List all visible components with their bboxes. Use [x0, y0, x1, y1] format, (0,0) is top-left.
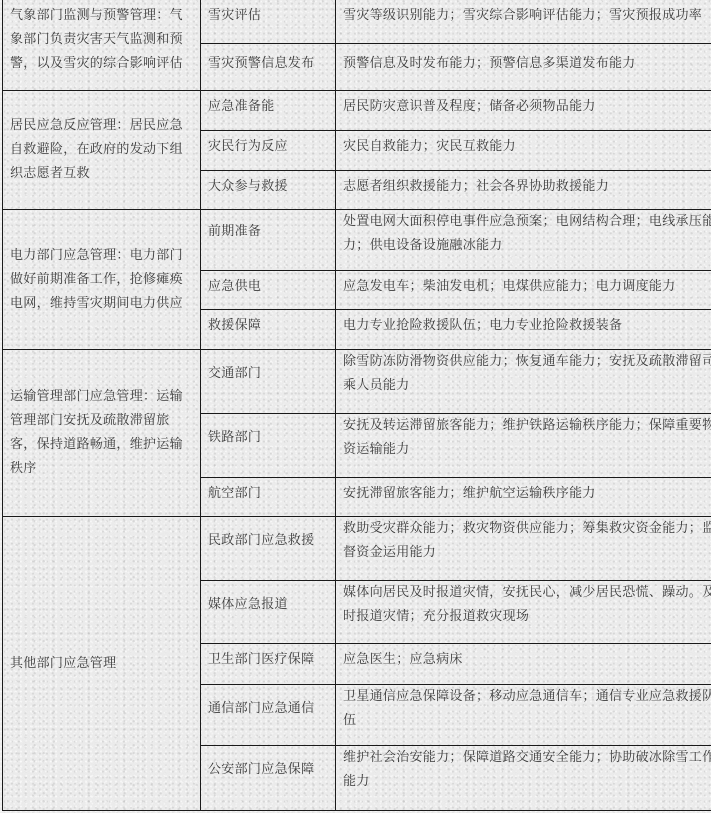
capability-text: 救助受灾群众能力；救灾物资供应能力；筹集救灾资金能力；监督资金运用能力 — [343, 517, 711, 565]
capability-text: 卫星通信应急保障设备；移动应急通信车；通信专业应急救援队伍 — [343, 685, 711, 733]
item-cell: 应急准备能 — [201, 91, 336, 131]
capability-text: 安抚及转运滞留旅客能力；维护铁路运输秩序能力；保障重要物资运输能力 — [343, 414, 711, 462]
capability-cell: 应急医生；应急病床 — [336, 644, 711, 685]
capability-text: 应急发电车；柴油发电机；电煤供应能力；电力调度能力 — [343, 275, 711, 299]
capability-cell: 电力专业抢险救援队伍；电力专业抢险救援装备 — [336, 310, 711, 350]
table-row: 运输管理部门应急管理：运输管理部门安抚及疏散滞留旅客，保持道路畅通，维护运输秩序… — [3, 350, 711, 414]
capability-text: 除雪防冻防滑物资供应能力；恢复通车能力；安抚及疏散滞留司乘人员能力 — [343, 350, 711, 398]
item-cell: 雪灾评估 — [201, 0, 336, 44]
item-text: 公安部门应急保障 — [208, 758, 327, 782]
item-cell: 铁路部门 — [201, 414, 336, 478]
item-cell: 民政部门应急救援 — [201, 517, 336, 581]
capability-text: 处置电网大面积停电事件应急预案；电网结构合理；电线承压能力；供电设备设施融冰能力 — [343, 210, 711, 258]
item-cell: 救援保障 — [201, 310, 336, 350]
item-cell: 媒体应急报道 — [201, 581, 336, 644]
item-text: 雪灾评估 — [208, 4, 327, 28]
category-text: 运输管理部门应急管理：运输管理部门安抚及疏散滞留旅客，保持道路畅通，维护运输秩序 — [10, 385, 190, 481]
item-cell: 前期准备 — [201, 210, 336, 271]
item-text: 航空部门 — [208, 482, 327, 506]
capability-text: 志愿者组织救援能力；社会各界协助救援能力 — [343, 175, 711, 199]
item-text: 救援保障 — [208, 314, 327, 338]
capability-text: 媒体向居民及时报道灾情，安抚民心，减少居民恐慌、躁动。及时报道灾情；充分报道救灾… — [343, 581, 711, 629]
item-cell: 卫生部门医疗保障 — [201, 644, 336, 685]
item-cell: 大众参与救援 — [201, 171, 336, 210]
capability-text: 应急医生；应急病床 — [343, 648, 711, 672]
item-text: 通信部门应急通信 — [208, 697, 327, 721]
table-row: 其他部门应急管理 民政部门应急救援 救助受灾群众能力；救灾物资供应能力；筹集救灾… — [3, 517, 711, 581]
capability-text: 维护社会治安能力；保障道路交通安全能力；协助破冰除雪工作能力 — [343, 746, 711, 794]
item-text: 前期准备 — [208, 220, 327, 244]
item-cell: 航空部门 — [201, 478, 336, 517]
category-text: 其他部门应急管理 — [10, 652, 190, 676]
capability-cell: 安抚滞留旅客能力；维护航空运输秩序能力 — [336, 478, 711, 517]
capability-cell: 居民防灾意识普及程度；储备必须物品能力 — [336, 91, 711, 131]
capability-cell: 应急发电车；柴油发电机；电煤供应能力；电力调度能力 — [336, 271, 711, 310]
item-text: 铁路部门 — [208, 426, 327, 450]
item-text: 灾民行为反应 — [208, 135, 327, 159]
category-text: 电力部门应急管理：电力部门做好前期准备工作，抢修瘫痪电网，维持雪灾期间电力供应 — [10, 244, 190, 316]
category-cell: 运输管理部门应急管理：运输管理部门安抚及疏散滞留旅客，保持道路畅通，维护运输秩序 — [3, 350, 201, 517]
category-text: 居民应急反应管理：居民应急自救避险，在政府的发动下组织志愿者互救 — [10, 114, 190, 186]
capability-cell: 除雪防冻防滑物资供应能力；恢复通车能力；安抚及疏散滞留司乘人员能力 — [336, 350, 711, 414]
category-cell: 气象部门监测与预警管理：气象部门负责灾害天气监测和预警，以及雪灾的综合影响评估 — [3, 0, 201, 91]
table-row: 居民应急反应管理：居民应急自救避险，在政府的发动下组织志愿者互救 应急准备能 居… — [3, 91, 711, 131]
category-cell: 电力部门应急管理：电力部门做好前期准备工作，抢修瘫痪电网，维持雪灾期间电力供应 — [3, 210, 201, 350]
capability-cell: 志愿者组织救援能力；社会各界协助救援能力 — [336, 171, 711, 210]
capability-cell: 预警信息及时发布能力；预警信息多渠道发布能力 — [336, 44, 711, 91]
item-cell: 交通部门 — [201, 350, 336, 414]
capability-text: 灾民自救能力；灾民互救能力 — [343, 135, 711, 159]
category-cell: 居民应急反应管理：居民应急自救避险，在政府的发动下组织志愿者互救 — [3, 91, 201, 210]
capability-cell: 处置电网大面积停电事件应急预案；电网结构合理；电线承压能力；供电设备设施融冰能力 — [336, 210, 711, 271]
item-text: 交通部门 — [208, 362, 327, 386]
capability-text: 居民防灾意识普及程度；储备必须物品能力 — [343, 95, 711, 119]
table-row: 气象部门监测与预警管理：气象部门负责灾害天气监测和预警，以及雪灾的综合影响评估 … — [3, 0, 711, 44]
capability-cell: 救助受灾群众能力；救灾物资供应能力；筹集救灾资金能力；监督资金运用能力 — [336, 517, 711, 581]
item-cell: 雪灾预警信息发布 — [201, 44, 336, 91]
item-text: 大众参与救援 — [208, 175, 327, 199]
capability-cell: 卫星通信应急保障设备；移动应急通信车；通信专业应急救援队伍 — [336, 685, 711, 746]
capability-cell: 安抚及转运滞留旅客能力；维护铁路运输秩序能力；保障重要物资运输能力 — [336, 414, 711, 478]
item-text: 雪灾预警信息发布 — [208, 52, 327, 76]
emergency-management-table: 气象部门监测与预警管理：气象部门负责灾害天气监测和预警，以及雪灾的综合影响评估 … — [2, 0, 711, 811]
table-row: 电力部门应急管理：电力部门做好前期准备工作，抢修瘫痪电网，维持雪灾期间电力供应 … — [3, 210, 711, 271]
capability-cell: 灾民自救能力；灾民互救能力 — [336, 131, 711, 171]
item-text: 媒体应急报道 — [208, 593, 327, 617]
capability-cell: 雪灾等级识别能力；雪灾综合影响评估能力；雪灾预报成功率 — [336, 0, 711, 44]
item-text: 应急准备能 — [208, 95, 327, 119]
item-cell: 公安部门应急保障 — [201, 746, 336, 811]
capability-text: 雪灾等级识别能力；雪灾综合影响评估能力；雪灾预报成功率 — [343, 4, 711, 28]
capability-text: 预警信息及时发布能力；预警信息多渠道发布能力 — [343, 52, 711, 76]
item-text: 卫生部门医疗保障 — [208, 648, 327, 672]
capability-text: 安抚滞留旅客能力；维护航空运输秩序能力 — [343, 482, 711, 506]
category-cell: 其他部门应急管理 — [3, 517, 201, 811]
item-cell: 灾民行为反应 — [201, 131, 336, 171]
category-text: 气象部门监测与预警管理：气象部门负责灾害天气监测和预警，以及雪灾的综合影响评估 — [10, 4, 190, 76]
item-text: 民政部门应急救援 — [208, 529, 327, 553]
item-cell: 应急供电 — [201, 271, 336, 310]
capability-text: 电力专业抢险救援队伍；电力专业抢险救援装备 — [343, 314, 711, 338]
capability-cell: 媒体向居民及时报道灾情，安抚民心，减少居民恐慌、躁动。及时报道灾情；充分报道救灾… — [336, 581, 711, 644]
item-text: 应急供电 — [208, 275, 327, 299]
item-cell: 通信部门应急通信 — [201, 685, 336, 746]
capability-cell: 维护社会治安能力；保障道路交通安全能力；协助破冰除雪工作能力 — [336, 746, 711, 811]
